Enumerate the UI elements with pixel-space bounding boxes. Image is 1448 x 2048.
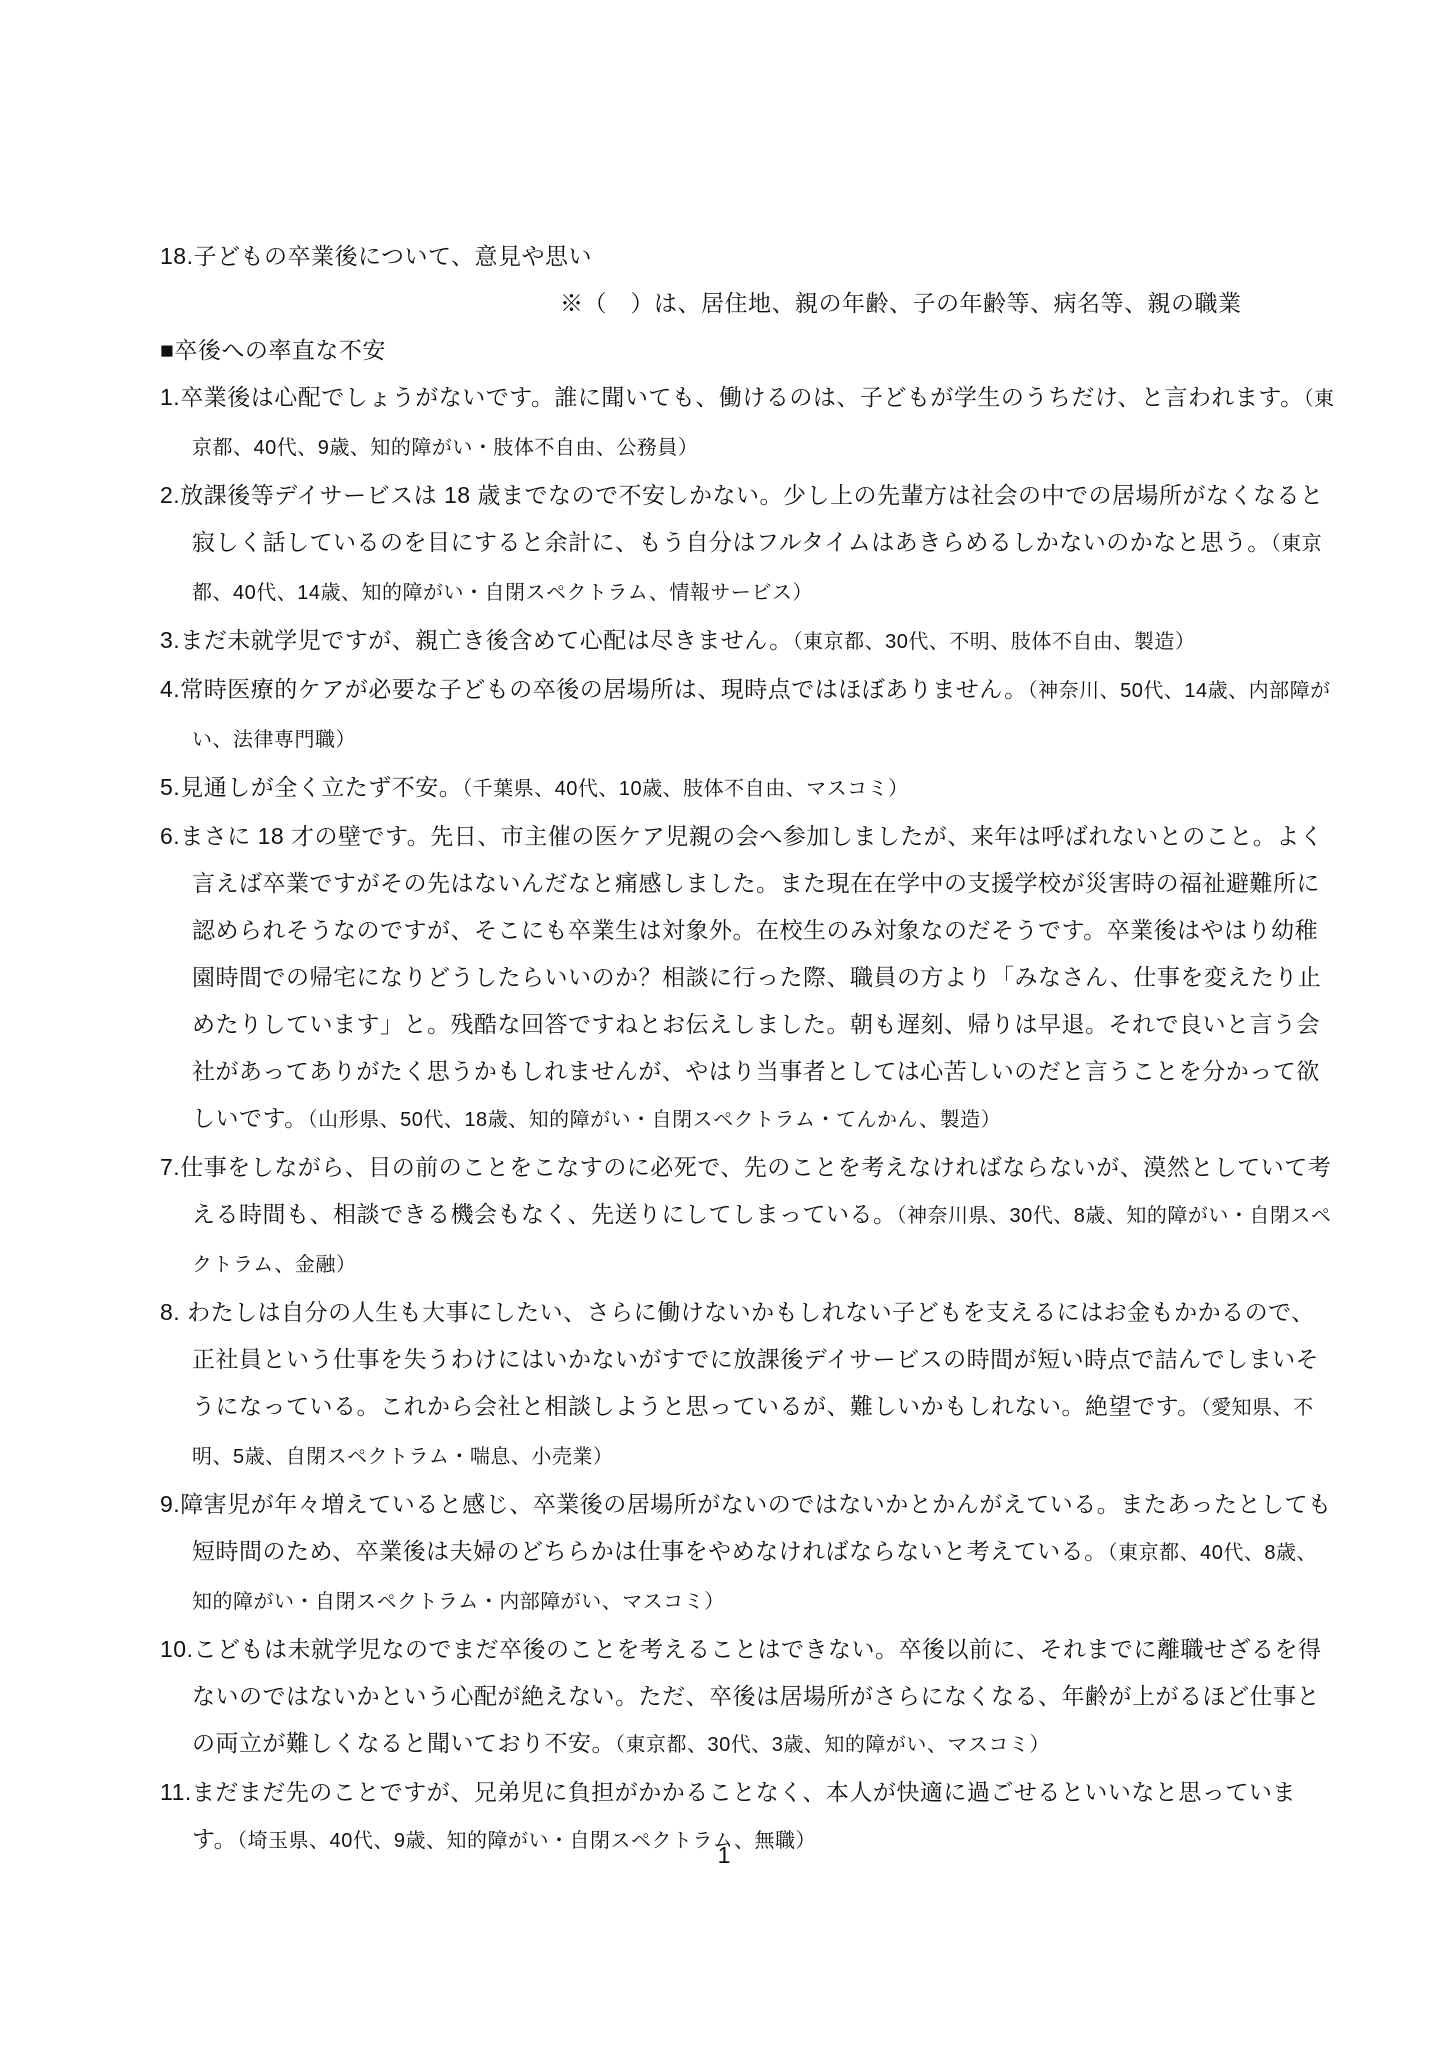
list-item: 7.仕事をしながら、目の前のことをこなすのに必死で、先のことを考えなければならな… <box>160 1144 1335 1289</box>
item-text: 卒業後は心配でしょうがないです。誰に聞いても、働けるのは、子どもが学生のうちだけ… <box>180 384 1303 410</box>
item-text: わたしは自分の人生も大事にしたい、さらに働けないかもしれない子どもを支えるにはお… <box>180 1299 1319 1419</box>
item-attribution: （東京都、30代、不明、肢体不自由、製造） <box>793 631 1196 653</box>
list-item: 9.障害児が年々増えていると感じ、卒業後の居場所がないのではないかとかんがえてい… <box>160 1481 1335 1626</box>
item-number: 10. <box>160 1636 193 1662</box>
item-text: 放課後等デイサービスは 18 歳までなので不安しかない。少し上の先輩方は社会の中… <box>180 482 1323 555</box>
item-number: 9. <box>160 1491 180 1517</box>
list-item: 5.見通しが全く立たず不安。（千葉県、40代、10歳、肢体不自由、マスコミ） <box>160 764 1335 813</box>
item-number: 5. <box>160 774 180 800</box>
legend-note: ※（ ）は、居住地、親の年齢、子の年齢等、病名等、親の職業 <box>160 280 1335 327</box>
item-number: 4. <box>160 676 180 702</box>
list-item: 8. わたしは自分の人生も大事にしたい、さらに働けないかもしれない子どもを支える… <box>160 1289 1335 1481</box>
item-attribution: （千葉県、40代、10歳、肢体不自由、マスコミ） <box>462 778 909 800</box>
item-attribution: （山形県、50代、18歳、知的障がい・自閉スペクトラム・てんかん、製造） <box>308 1109 1002 1131</box>
item-text: 常時医療的ケアが必要な子どもの卒後の居場所は、現時点ではほぼありません。 <box>180 676 1027 702</box>
page-number: 1 <box>0 1838 1448 1872</box>
item-number: 6. <box>160 823 180 849</box>
page-title: 18.子どもの卒業後について、意見や思い <box>160 233 1335 280</box>
item-number: 1. <box>160 384 180 410</box>
list-item: 1.卒業後は心配でしょうがないです。誰に聞いても、働けるのは、子どもが学生のうち… <box>160 374 1335 472</box>
section-heading: ■卒後への率直な不安 <box>160 327 1335 374</box>
item-text: まさに 18 才の壁です。先日、市主催の医ケア児親の会へ参加しましたが、来年は呼… <box>180 823 1323 1131</box>
item-number: 11. <box>160 1779 192 1805</box>
list-item: 6.まさに 18 才の壁です。先日、市主催の医ケア児親の会へ参加しましたが、来年… <box>160 813 1335 1144</box>
list-item: 3.まだ未就学児ですが、親亡き後含めて心配は尽きません。（東京都、30代、不明、… <box>160 617 1335 666</box>
list-item: 10.こどもは未就学児なのでまだ卒後のことを考えることはできない。卒後以前に、そ… <box>160 1626 1335 1769</box>
item-attribution: （東京都、30代、3歳、知的障がい、マスコミ） <box>615 1734 1050 1756</box>
document-page: 18.子どもの卒業後について、意見や思い ※（ ）は、居住地、親の年齢、子の年齢… <box>0 0 1448 2048</box>
list-item: 4.常時医療的ケアが必要な子どもの卒後の居場所は、現時点ではほぼありません。（神… <box>160 666 1335 764</box>
item-number: 2. <box>160 482 180 508</box>
item-text: まだ未就学児ですが、親亡き後含めて心配は尽きません。 <box>180 627 792 653</box>
document-content: 18.子どもの卒業後について、意見や思い ※（ ）は、居住地、親の年齢、子の年齢… <box>160 233 1335 1865</box>
list-item: 2.放課後等デイサービスは 18 歳までなので不安しかない。少し上の先輩方は社会… <box>160 472 1335 617</box>
item-number: 7. <box>160 1154 180 1180</box>
item-number: 8. <box>160 1299 180 1325</box>
item-text: 見通しが全く立たず不安。 <box>180 774 462 800</box>
item-number: 3. <box>160 627 180 653</box>
